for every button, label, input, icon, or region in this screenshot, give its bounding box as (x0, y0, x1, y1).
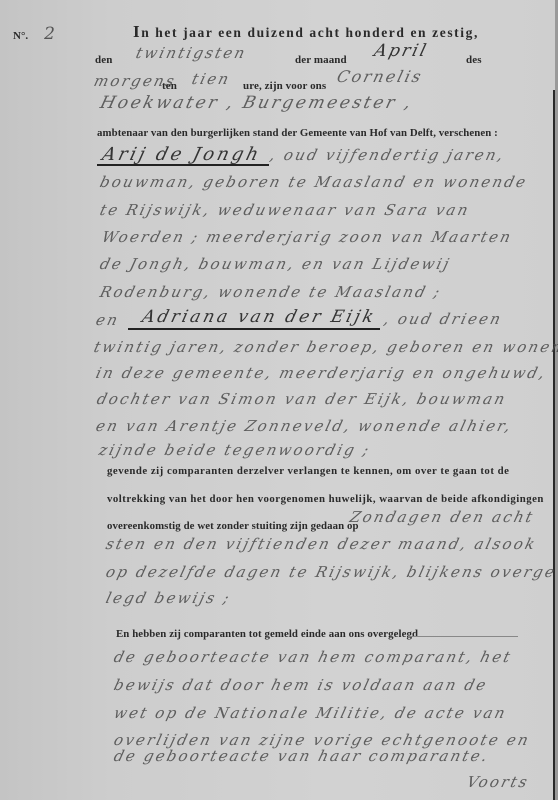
groom-residence-widower: te Rijswijk, weduwenaar van Sara van (98, 201, 472, 219)
handwritten-official-firstname: Cornelis (335, 67, 425, 86)
document-list-1: de geboorteacte van hem comparant, het (112, 648, 514, 666)
official-capacity-line: ambtenaar van den burgerlijken stand der… (97, 127, 498, 139)
label-ure: ure, zijn voor ons (243, 80, 326, 92)
intro-line: In het jaar een duizend acht honderd en … (133, 22, 479, 42)
handwritten-day: twintigsten (134, 44, 249, 62)
groom-age: , oud vijfendertig jaren, (268, 146, 507, 164)
label-der-maand: der maand (295, 54, 347, 66)
document-list-3: wet op de Nationale Militie, de acte van (112, 704, 509, 722)
banns-dates-start: Zondagen den acht (348, 508, 536, 526)
banns-evidence: legd bewijs ; (104, 589, 233, 607)
intent-line-1: gevende zij comparanten derzelver verlan… (107, 465, 509, 477)
label-des: des (466, 54, 482, 66)
banns-dates-cont: sten en den vijftienden dezer maand, als… (104, 535, 539, 553)
bride-parents-line-2: en van Arentje Zonneveld, wonende alhier… (94, 417, 514, 435)
bride-residence-status: in deze gemeente, meerderjarig en ongehu… (94, 364, 549, 382)
bride-parents-line-1: dochter van Simon van der Eijk, bouwman (95, 390, 509, 408)
intro-drop-cap: I (133, 22, 141, 41)
groom-name-underline (97, 164, 269, 166)
both-present: zijnde beide tegenwoordig ; (97, 441, 373, 459)
intent-line-2: voltrekking van het door hen voorgenomen… (107, 493, 544, 505)
groom-parents-line-2: de Jongh, bouwman, en van Lijdewij (98, 255, 453, 273)
groom-name: Arij de Jongh (100, 144, 264, 165)
catchword-voorts: Voorts (465, 773, 531, 791)
page-edge-line (553, 90, 555, 800)
intro-text: n het jaar een duizend acht honderd en z… (141, 25, 479, 40)
record-number-value: 2 (44, 24, 55, 44)
bride-name: Adriana van der Eijk (140, 307, 378, 327)
groom-parents-line-3: Rodenburg, wonende te Maasland ; (98, 283, 444, 301)
label-ten: ten (162, 80, 177, 92)
groom-parents-line-1: Woerden ; meerderjarig zoon van Maarten (100, 228, 514, 246)
bride-age: , oud drieen (382, 310, 504, 328)
documents-intro: En hebben zij comparanten tot gemeld ein… (116, 628, 418, 640)
label-en: en (94, 311, 121, 329)
label-den: den (95, 54, 112, 66)
document-list-2: bewijs dat door hem is voldaan aan de (112, 676, 490, 694)
bride-occupation-birthplace: twintig jaren, zonder beroep, geboren en… (92, 338, 558, 356)
bride-name-underline (128, 328, 380, 330)
document-list-5: de geboorteacte van haar comparante. (112, 747, 491, 765)
handwritten-hour: tien (190, 70, 233, 88)
record-number: N°. 2 (13, 24, 55, 44)
record-number-label: N°. (13, 30, 28, 42)
banns-line: overeenkomstig de wet zonder stuiting zi… (107, 520, 359, 532)
banns-rijswijk: op dezelfde dagen te Rijswijk, blijkens … (104, 563, 558, 581)
groom-occupation-birthplace: bouwman, geboren te Maasland en wonende (98, 173, 530, 191)
documents-intro-fillline (408, 636, 518, 637)
handwritten-month: April (372, 41, 430, 61)
document-page: N°. 2 In het jaar een duizend acht honde… (0, 0, 558, 800)
handwritten-official-surname-title: Hoekwater , Burgemeester , (98, 93, 415, 113)
